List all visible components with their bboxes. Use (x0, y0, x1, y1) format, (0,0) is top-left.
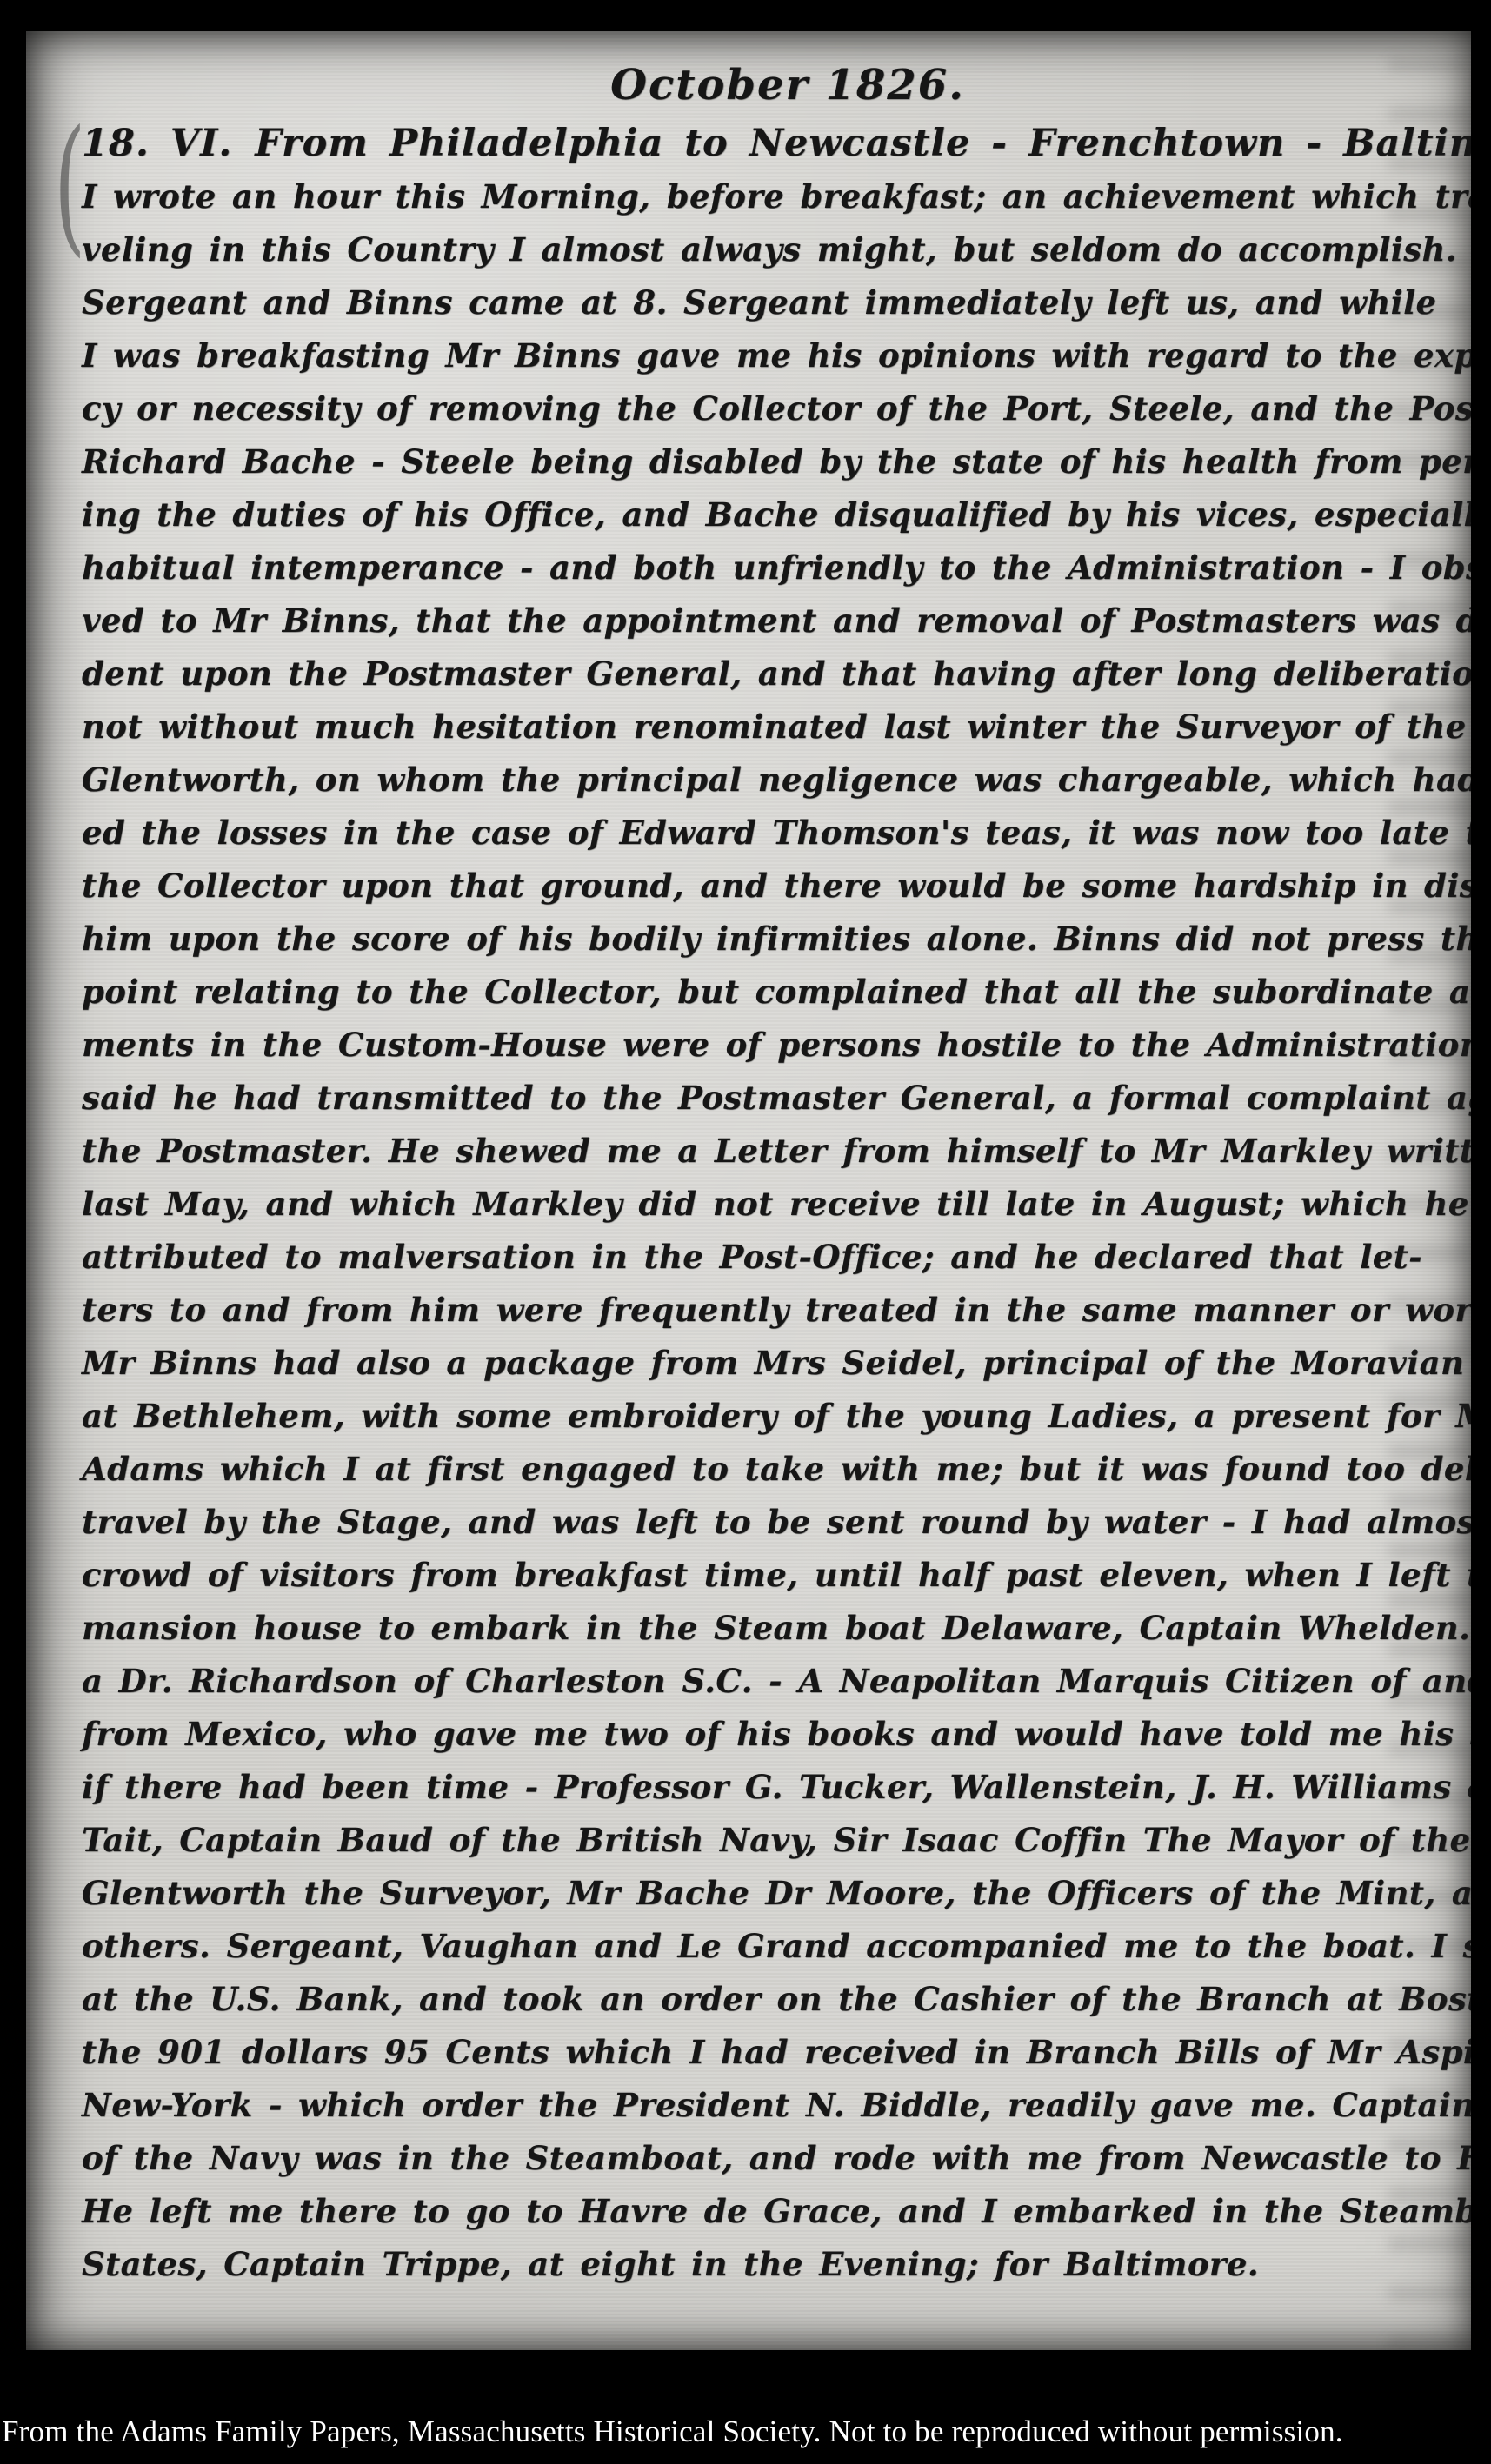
manuscript-line: him upon the score of his bodily infirmi… (82, 913, 1471, 966)
manuscript-line: a Dr. Richardson of Charleston S.C. - A … (82, 1655, 1471, 1708)
manuscript-line: point relating to the Collector, but com… (82, 966, 1471, 1019)
manuscript-line: said he had transmitted to the Postmaste… (82, 1072, 1471, 1125)
entry-body: I wrote an hour this Morning, before bre… (82, 170, 1471, 2291)
margin-brace-mark: ( (54, 99, 85, 271)
manuscript-line: ing the duties of his Office, and Bache … (82, 488, 1471, 541)
page-heading: October 1826. (26, 61, 1471, 110)
scan-black-border: October 1826. ( 18. VI.From Philadelphia… (0, 0, 1491, 2464)
manuscript-line: habitual intemperance - and both unfrien… (82, 541, 1471, 594)
manuscript-page: October 1826. ( 18. VI.From Philadelphia… (26, 31, 1471, 2350)
manuscript-line: New-York - which order the President N. … (82, 2079, 1471, 2132)
manuscript-line: Glentworth, on whom the principal neglig… (82, 754, 1471, 807)
manuscript-line: at the U.S. Bank, and took an order on t… (82, 1973, 1471, 2026)
manuscript-line: last May, and which Markley did not rece… (82, 1178, 1471, 1231)
manuscript-line: if there had been time - Professor G. Tu… (82, 1761, 1471, 1814)
manuscript-line: Glentworth the Surveyor, Mr Bache Dr Moo… (82, 1867, 1471, 1920)
manuscript-line: the 901 dollars 95 Cents which I had rec… (82, 2026, 1471, 2079)
manuscript-line: States, Captain Trippe, at eight in the … (82, 2238, 1471, 2291)
entry-date-label: 18. VI. (82, 122, 232, 165)
manuscript-line: Richard Bache - Steele being disabled by… (82, 435, 1471, 488)
manuscript-line: travel by the Stage, and was left to be … (82, 1496, 1471, 1549)
manuscript-line: veling in this Country I almost always m… (82, 223, 1471, 276)
manuscript-line: mansion house to embark in the Steam boa… (82, 1602, 1471, 1655)
manuscript-line: the Collector upon that ground, and ther… (82, 860, 1471, 913)
manuscript-line: Sergeant and Binns came at 8. Sergeant i… (82, 276, 1471, 329)
manuscript-line: others. Sergeant, Vaughan and Le Grand a… (82, 1920, 1471, 1973)
manuscript-line: Mr Binns had also a package from Mrs Sei… (82, 1337, 1471, 1390)
manuscript-line: not without much hesitation renominated … (82, 701, 1471, 754)
manuscript-line: ed the losses in the case of Edward Thom… (82, 807, 1471, 860)
manuscript-line: the Postmaster. He shewed me a Letter fr… (82, 1125, 1471, 1178)
entry-title: From Philadelphia to Newcastle - Frencht… (255, 122, 1471, 165)
archive-caption: From the Adams Family Papers, Massachuse… (2, 2414, 1488, 2449)
manuscript-line: Adams which I at first engaged to take w… (82, 1443, 1471, 1496)
manuscript-line: He left me there to go to Havre de Grace… (82, 2185, 1471, 2238)
manuscript-line: dent upon the Postmaster General, and th… (82, 648, 1471, 701)
manuscript-line: crowd of visitors from breakfast time, u… (82, 1549, 1471, 1602)
manuscript-line: ments in the Custom-House were of person… (82, 1019, 1471, 1072)
manuscript-line: of the Navy was in the Steamboat, and ro… (82, 2132, 1471, 2185)
manuscript-line: I was breakfasting Mr Binns gave me his … (82, 329, 1471, 382)
manuscript-line: from Mexico, who gave me two of his book… (82, 1708, 1471, 1761)
manuscript-line: ved to Mr Binns, that the appointment an… (82, 594, 1471, 648)
entry-first-line: 18. VI.From Philadelphia to Newcastle - … (82, 122, 1471, 165)
manuscript-line: cy or necessity of removing the Collecto… (82, 382, 1471, 435)
manuscript-line: attributed to malversation in the Post-O… (82, 1231, 1471, 1284)
manuscript-line: Tait, Captain Baud of the British Navy, … (82, 1814, 1471, 1867)
manuscript-line: at Bethlehem, with some embroidery of th… (82, 1390, 1471, 1443)
manuscript-line: I wrote an hour this Morning, before bre… (82, 170, 1471, 223)
manuscript-line: ters to and from him were frequently tre… (82, 1284, 1471, 1337)
